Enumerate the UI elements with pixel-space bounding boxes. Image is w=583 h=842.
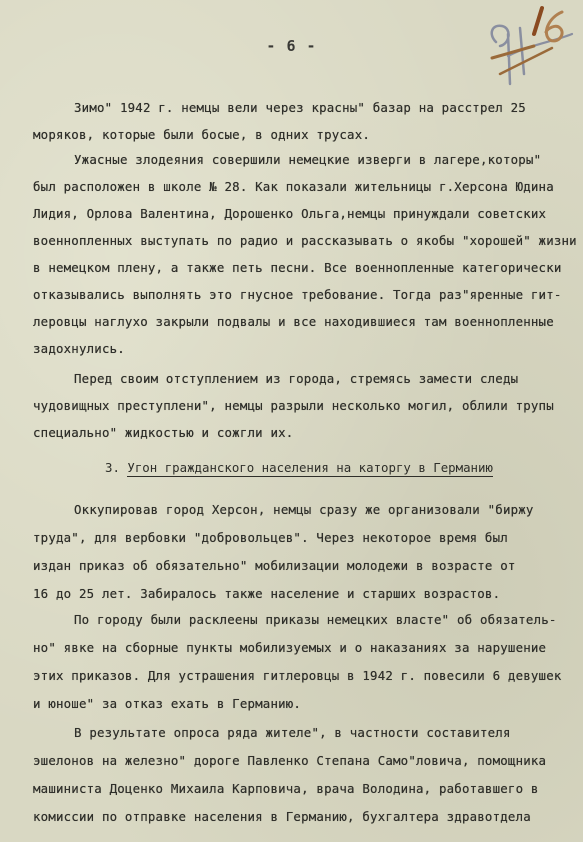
- text-line: военнопленных выступать по радио и расск…: [33, 233, 577, 248]
- section-number: 3.: [105, 460, 120, 475]
- text-line: 16 до 25 лет. Забиралось также население…: [33, 586, 500, 601]
- text-line: но" явке на сборные пункты мобилизуемых …: [33, 640, 546, 655]
- text-line: Лидия, Орлова Валентина, Дорошенко Ольга…: [33, 206, 546, 221]
- text-line: Перед своим отступлением из города, стре…: [74, 371, 518, 386]
- text-line: комиссии по отправке населения в Германи…: [33, 809, 531, 824]
- document-page: - 6 - Зимо" 1942 г. немцы вели через кра…: [0, 0, 583, 842]
- text-line: чудовищных преступлени", немцы разрыли н…: [33, 398, 554, 413]
- text-line: был расположен в школе № 28. Как показал…: [33, 179, 554, 194]
- text-line: моряков, которые были босые, в одних тру…: [33, 127, 370, 142]
- text-line: По городу были расклеены приказы немецки…: [74, 612, 557, 627]
- text-line: и юноше" за отказ ехать в Германию.: [33, 696, 301, 711]
- handwritten-archive-number: [482, 4, 582, 92]
- text-line: леровцы наглухо закрыли подвалы и все на…: [33, 314, 554, 329]
- text-line: машиниста Доценко Михаила Карповича, вра…: [33, 781, 539, 796]
- section-title: Угон гражданского населения на каторгу в…: [127, 460, 493, 477]
- text-line: Ужасные злодеяния совершили немецкие изв…: [74, 152, 541, 167]
- text-line: Оккупировав город Херсон, немцы сразу же…: [74, 502, 534, 517]
- section-heading: 3. Угон гражданского населения на каторг…: [105, 460, 493, 475]
- text-line: В результате опроса ряда жителе", в част…: [74, 725, 511, 740]
- text-line: Зимо" 1942 г. немцы вели через красны" б…: [74, 100, 526, 115]
- text-line: отказывались выполнять это гнусное требо…: [33, 287, 562, 302]
- text-line: труда", для вербовки "добровольцев". Чер…: [33, 530, 508, 545]
- text-line: задохнулись.: [33, 341, 125, 356]
- text-line: специально" жидкостью и сожгли их.: [33, 425, 293, 440]
- text-line: в немецком плену, а также петь песни. Вс…: [33, 260, 562, 275]
- text-line: издан приказ об обязательно" мобилизации…: [33, 558, 516, 573]
- text-line: эшелонов на железно" дороге Павленко Сте…: [33, 753, 546, 768]
- text-line: этих приказов. Для устрашения гитлеровцы…: [33, 668, 562, 683]
